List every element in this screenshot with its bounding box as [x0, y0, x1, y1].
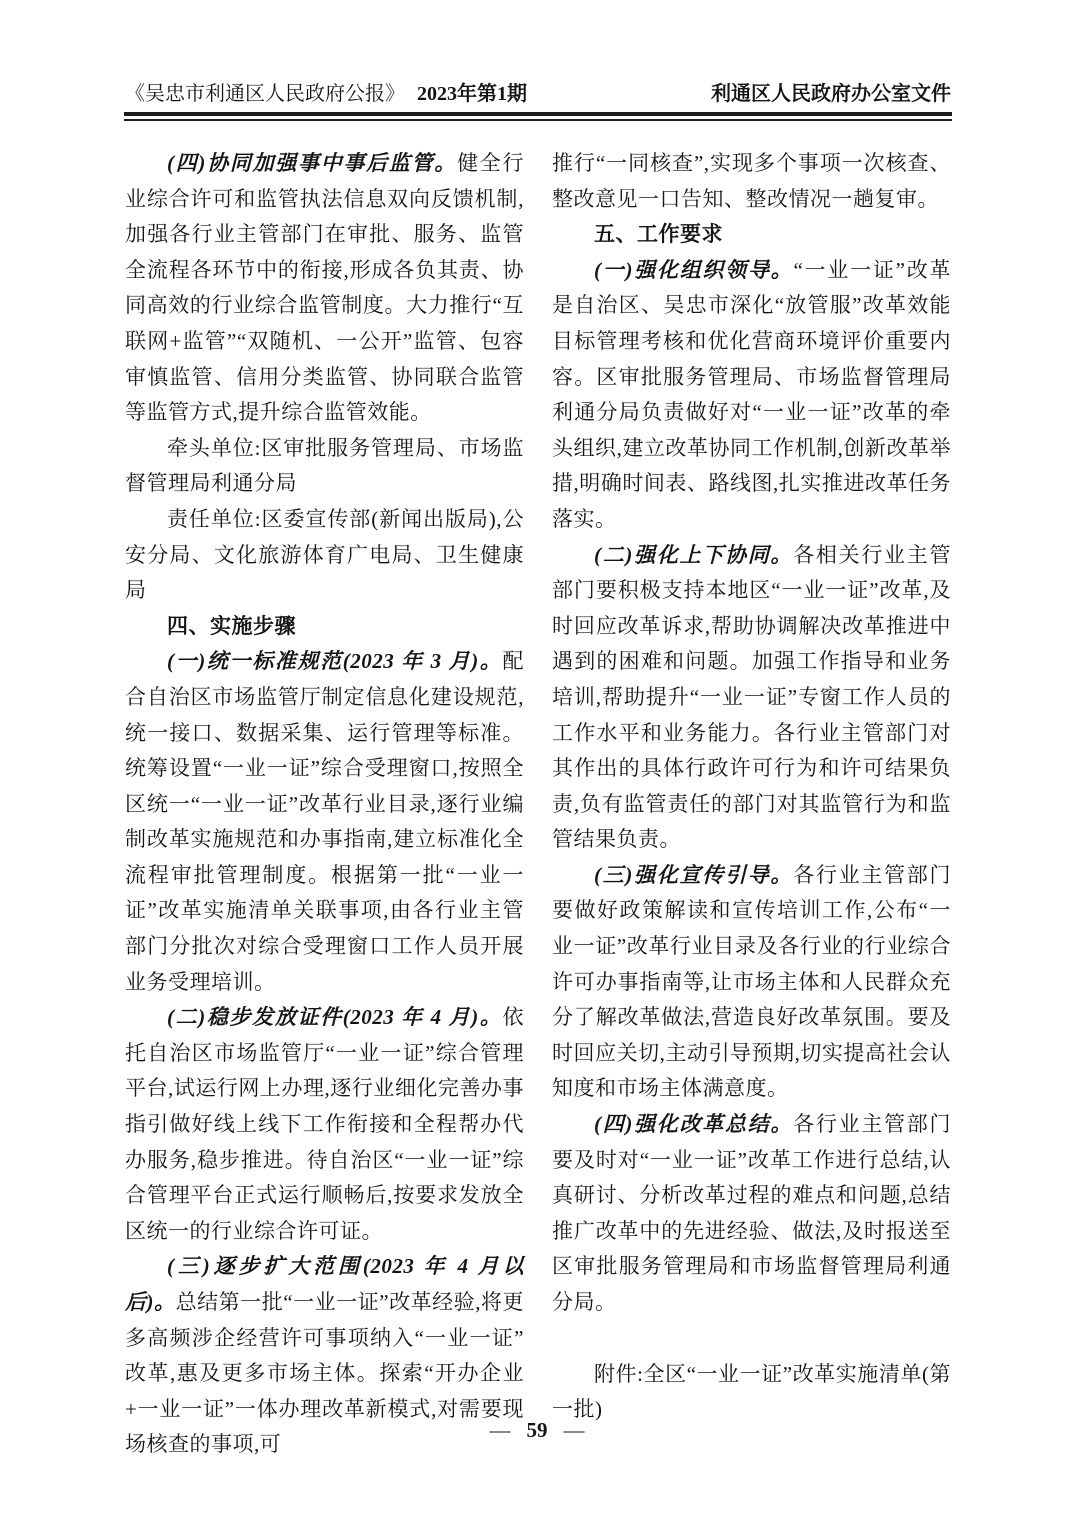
section-heading: 四、实施步骤 — [125, 609, 524, 645]
paragraph-lead: (四)强化改革总结。 — [594, 1112, 793, 1136]
paragraph-lead: (三)逐步扩大范围(2023 年 4 月以后)。 — [125, 1254, 524, 1314]
gazette-page: 《吴忠市利通区人民政府公报》 2023年第1期 利通区人民政府办公室文件 (四)… — [0, 0, 1074, 1520]
issue-number: 2023年第1期 — [417, 82, 527, 106]
footer-right-dash: — — [564, 1418, 585, 1442]
header-double-rule — [124, 112, 952, 121]
page-number: 59 — [511, 1418, 564, 1442]
paragraph-lead: (二)稳步发放证件(2023 年 4 月)。 — [167, 1005, 503, 1029]
paragraph: (二)强化上下协同。各相关行业主管部门要积极支持本地区“一业一证”改革,及时回应… — [552, 538, 951, 858]
left-column: (四)协同加强事中事后监管。健全行业综合许可和监管执法信息双向反馈机制,加强各行… — [125, 146, 524, 1463]
paragraph: 责任单位:区委宣传部(新闻出版局),公安分局、文化旅游体育广电局、卫生健康局 — [125, 502, 524, 609]
paragraph: 牵头单位:区审批服务管理局、市场监督管理局利通分局 — [125, 431, 524, 502]
rule-thin-line — [124, 119, 952, 121]
paragraph-lead: (四)协同加强事中事后监管。 — [167, 151, 457, 175]
spacer — [552, 1321, 951, 1357]
paragraph: (一)强化组织领导。“一业一证”改革是自治区、吴忠市深化“放管服”改革效能目标管… — [552, 253, 951, 538]
gazette-title: 《吴忠市利通区人民政府公报》 — [125, 82, 405, 106]
section-heading: 五、工作要求 — [552, 217, 951, 253]
footer-left-dash: — — [490, 1418, 511, 1442]
paragraph: (四)协同加强事中事后监管。健全行业综合许可和监管执法信息双向反馈机制,加强各行… — [125, 146, 524, 431]
paragraph: (一)统一标准规范(2023 年 3 月)。配合自治区市场监管厅制定信息化建设规… — [125, 644, 524, 1000]
paragraph: (四)强化改革总结。各行业主管部门要及时对“一业一证”改革工作进行总结,认真研讨… — [552, 1107, 951, 1321]
rule-thick-line — [124, 112, 952, 116]
paragraph: (二)稳步发放证件(2023 年 4 月)。依托自治区市场监管厅“一业一证”综合… — [125, 1000, 524, 1249]
page-header: 《吴忠市利通区人民政府公报》 2023年第1期 利通区人民政府办公室文件 — [125, 82, 951, 106]
document-body: (四)协同加强事中事后监管。健全行业综合许可和监管执法信息双向反馈机制,加强各行… — [125, 146, 951, 1463]
paragraph-lead: (二)强化上下协同。 — [594, 543, 793, 567]
paragraph-lead: (一)强化组织领导。 — [594, 258, 794, 282]
office-document-label: 利通区人民政府办公室文件 — [711, 82, 951, 106]
paragraph: (三)强化宣传引导。各行业主管部门要做好政策解读和宣传培训工作,公布“一业一证”… — [552, 858, 951, 1107]
page-footer: —59— — [0, 1416, 1074, 1444]
paragraph-lead: (一)统一标准规范(2023 年 3 月)。 — [167, 649, 503, 673]
paragraph: 推行“一同核查”,实现多个事项一次核查、整改意见一口告知、整改情况一趟复审。 — [552, 146, 951, 217]
right-column: 推行“一同核查”,实现多个事项一次核查、整改意见一口告知、整改情况一趟复审。五、… — [552, 146, 951, 1463]
paragraph-lead: (三)强化宣传引导。 — [594, 863, 793, 887]
